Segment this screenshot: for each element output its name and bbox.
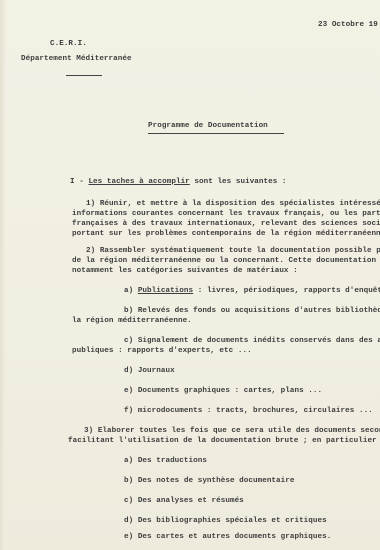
p3-item-a: a) Des traductions: [124, 457, 207, 465]
p3-line-2: facilitant l'utilisation de la documenta…: [68, 437, 380, 445]
item-a-label: a): [124, 287, 138, 295]
header-divider: [66, 75, 102, 76]
header-org: C.E.R.I.: [50, 40, 87, 48]
p2-item-c-cont: publiques : rapports d'experts, etc ...: [72, 347, 252, 355]
item-a-underlined: Publications: [138, 287, 193, 295]
p3-item-b: b) Des notes de synthèse documentaire: [124, 477, 294, 485]
item-a-text: : livres, périodiques, rapports d'enquêt…: [193, 287, 380, 295]
p3-item-e: e) Des cartes et autres documents graphi…: [124, 533, 331, 541]
section-heading: I - Les taches à accomplir sont les suiv…: [70, 178, 287, 186]
p1-line-1: 1) Réunir, et mettre à la disposition de…: [86, 200, 380, 208]
document-date: 23 Octobre 19: [318, 21, 378, 29]
header-department: Département Méditerranée: [21, 55, 132, 63]
title-underline: [148, 133, 284, 134]
p2-item-d: d) Journaux: [124, 367, 175, 375]
document-title: Programme de Documentation: [148, 122, 268, 130]
p2-item-c: c) Signalement de documents inédits cons…: [124, 337, 380, 345]
p1-line-3: françaises à des travaux internationaux,…: [72, 220, 380, 228]
p2-line-2: de la région méditerranéenne ou la conce…: [72, 257, 380, 265]
p2-item-b: b) Relevés des fonds ou acquisitions d'a…: [124, 307, 380, 315]
p3-item-d: d) Des bibliographies spéciales et criti…: [124, 517, 327, 525]
section-number: I -: [70, 178, 88, 186]
p2-item-f: f) microdocuments : tracts, brochures, c…: [124, 407, 373, 415]
section-heading-suffix: sont les suivantes :: [190, 178, 287, 186]
p3-item-c: c) Des analyses et résumés: [124, 497, 244, 505]
p3-line-1: 3) Elaborer toutes les fois que ce sera …: [84, 427, 380, 435]
p2-line-3: notamment les catégories suivantes de ma…: [72, 267, 298, 275]
page-crease: [0, 0, 6, 550]
section-heading-underlined: Les taches à accomplir: [88, 178, 189, 186]
p2-line-1: 2) Rassembler systématiquement toute la …: [86, 247, 380, 255]
p2-item-a: a) Publications : livres, périodiques, r…: [124, 287, 380, 295]
p1-line-4: portant sur les problèmes contemporains …: [72, 230, 380, 238]
document-page: 23 Octobre 19 C.E.R.I. Département Médit…: [0, 0, 380, 550]
p1-line-2: informations courantes concernant les tr…: [72, 210, 380, 218]
p2-item-b-cont: la région méditerranéenne.: [72, 317, 192, 325]
p2-item-e: e) Documents graphiques : cartes, plans …: [124, 387, 322, 395]
